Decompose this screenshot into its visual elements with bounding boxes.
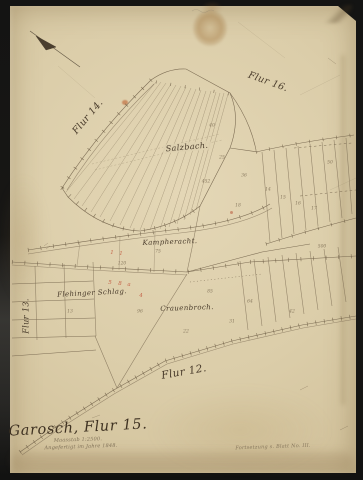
- survey-tick-marks: [12, 80, 356, 452]
- survey-lines: [12, 10, 356, 456]
- north-arrow-icon: [30, 31, 80, 67]
- map-linework: [0, 0, 363, 480]
- photo-of-cadastral-map: { "map": { "region_labels": { "flur14": …: [0, 0, 363, 480]
